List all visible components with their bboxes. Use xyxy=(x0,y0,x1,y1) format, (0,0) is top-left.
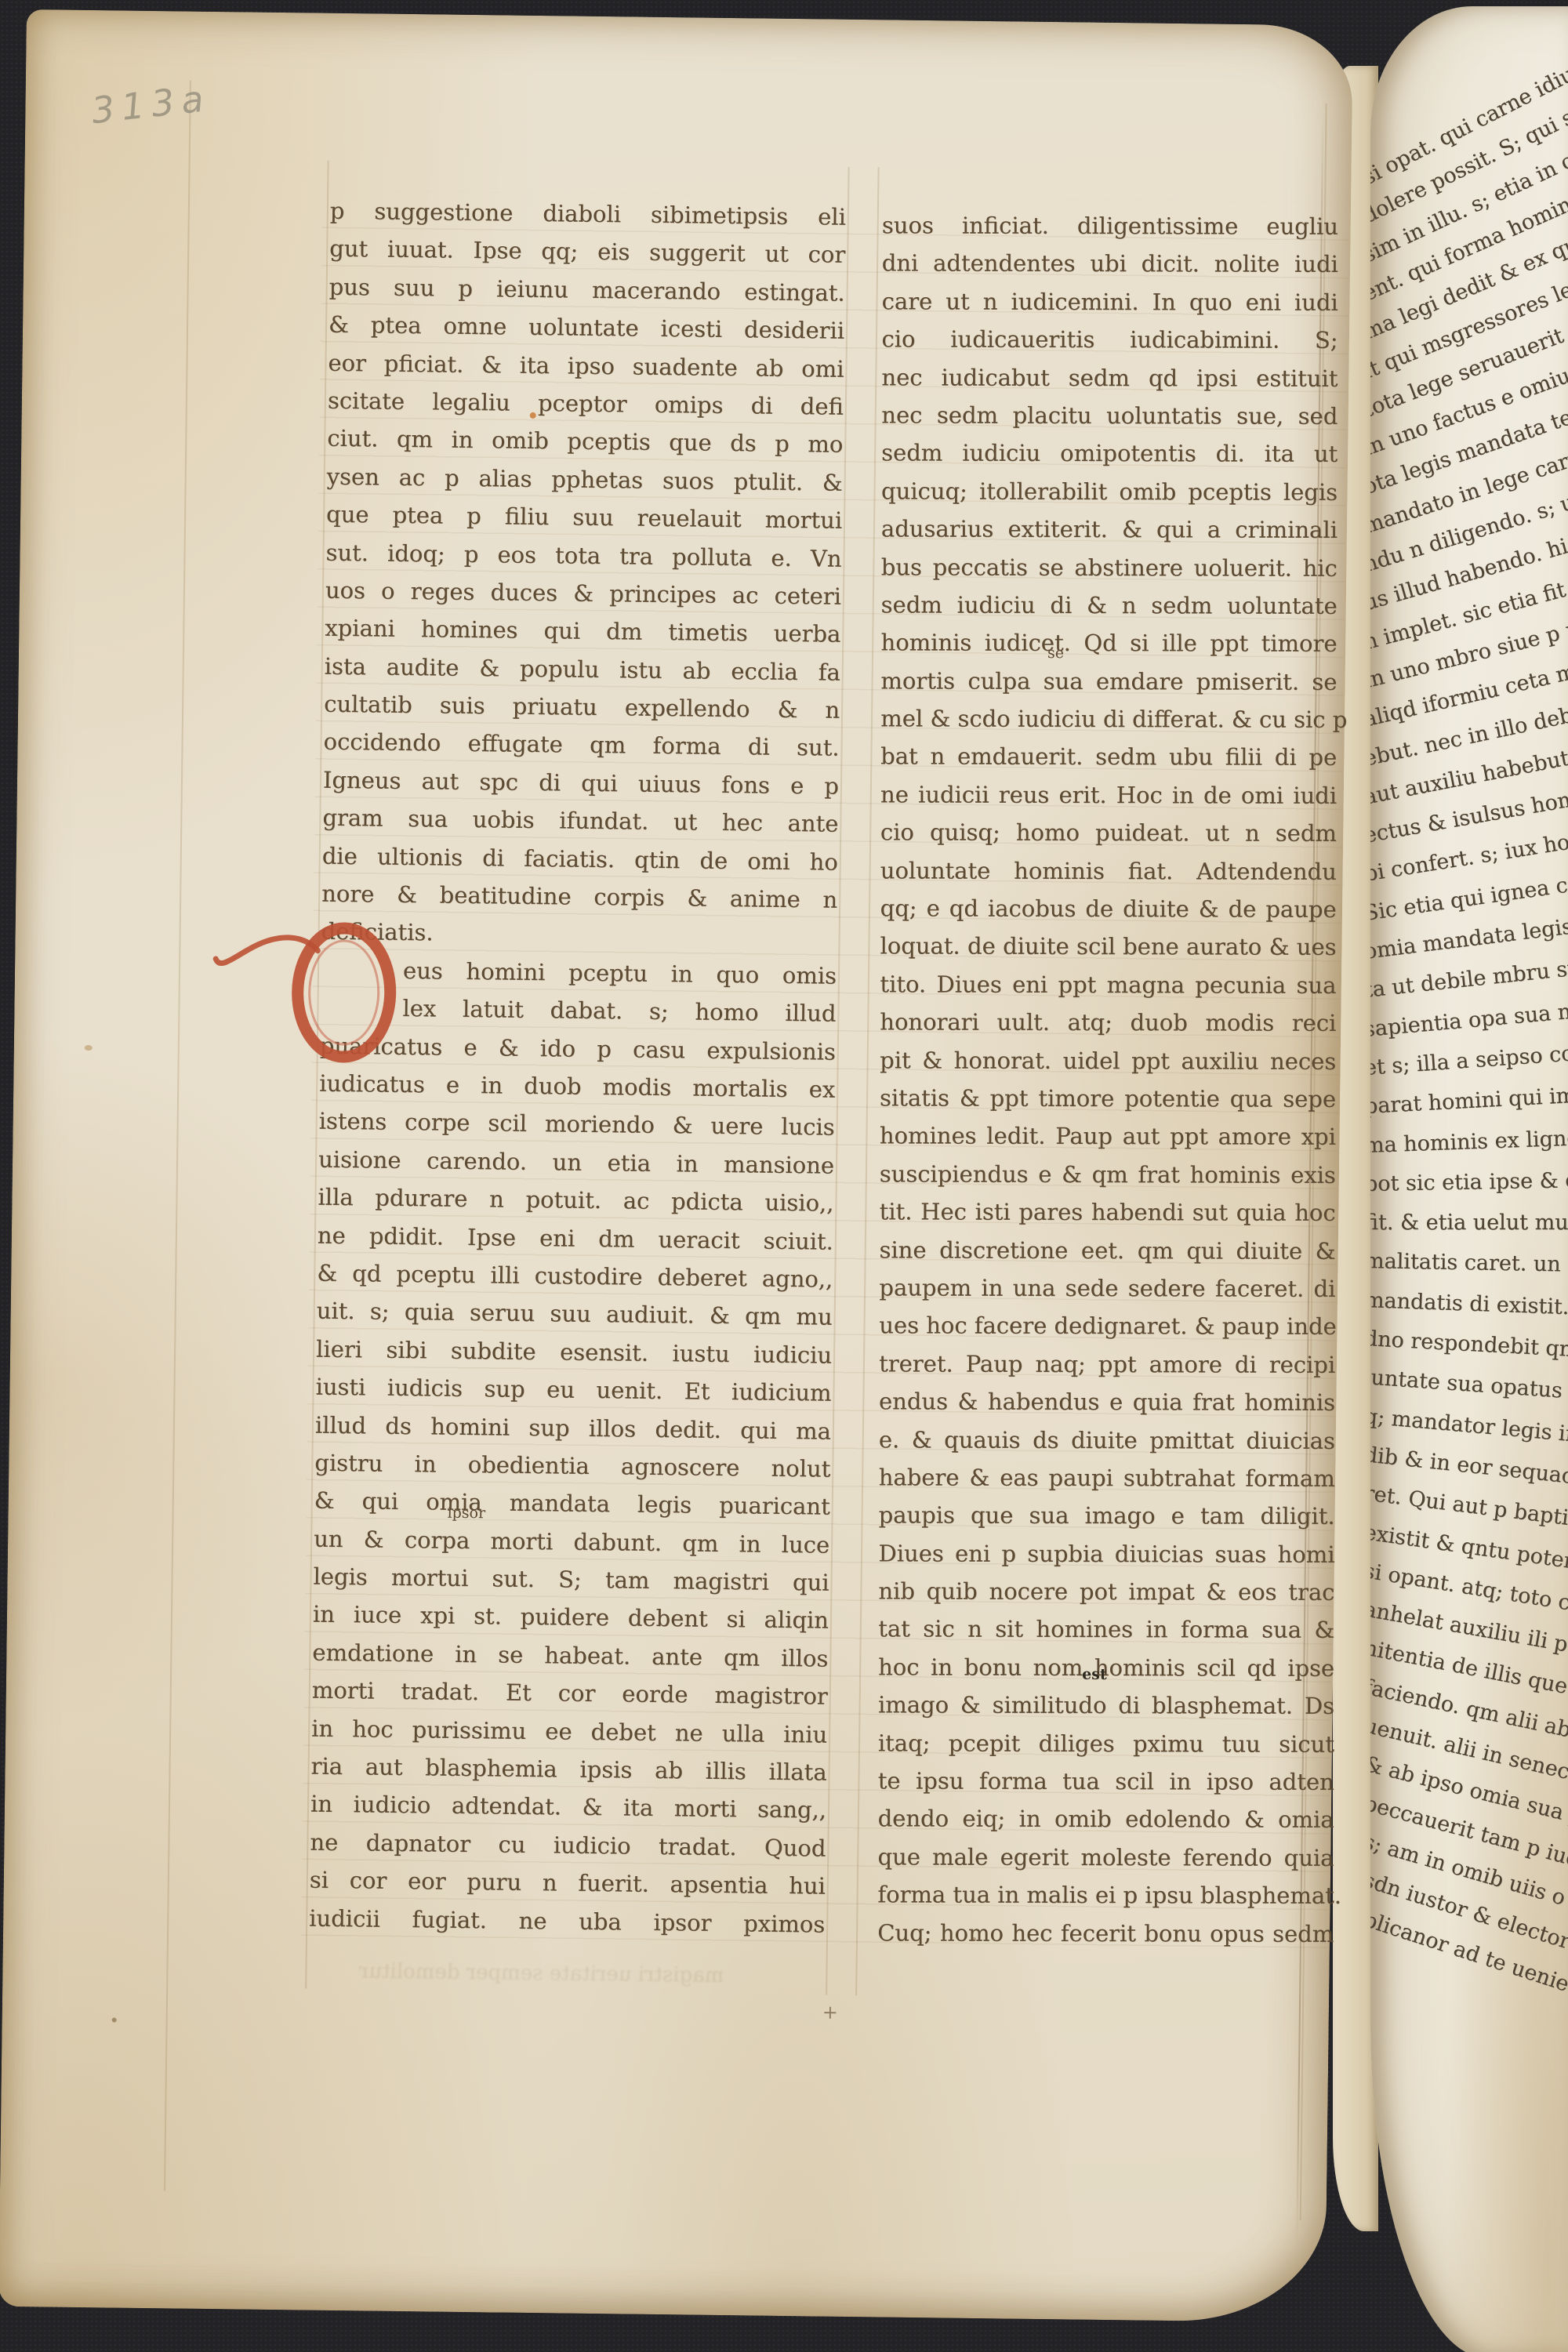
text-line: in iuce xpi st. puidere debent si aliqin xyxy=(313,1595,829,1639)
text-line: fit. & etia uelut mutus xyxy=(1370,1210,1568,1235)
text-line: morti tradat. Et cor eorde magistror xyxy=(312,1671,829,1715)
text-line: forma tua in malis ei p ipsu blasphemat. xyxy=(877,1876,1334,1915)
manuscript-photograph: si opat. qui carne idiut ut hodolere pos… xyxy=(0,0,1568,2352)
text-line: homines ledit. Paup aut ppt amore xpi xyxy=(880,1117,1336,1156)
text-line: scitate legaliu pceptor omips di defi xyxy=(328,382,844,426)
text-line: cio iudicaueritis iudicabimini. S; xyxy=(882,321,1338,360)
text-line: cultatib suis priuatu expellendo & n xyxy=(324,685,840,729)
text-line: nec sedm placitu uoluntatis sue, sed xyxy=(881,396,1338,435)
text-line: que male egerit moleste ferendo quia xyxy=(877,1838,1334,1877)
text-line: in iudicio adtendat. & ita morti sang,, xyxy=(310,1785,827,1829)
plus-mark: + xyxy=(822,2002,838,2024)
text-line: pit & honorat. uidel ppt auxiliu neces xyxy=(880,1041,1336,1080)
text-line: eus homini pceptu in quo omis xyxy=(403,952,837,995)
stain-speck xyxy=(972,1937,976,1941)
text-line: bat n emdauerit. sedm ubu filii di pe xyxy=(880,738,1337,777)
pencil-folio-number: 313a xyxy=(89,77,212,132)
text-line: malitatis caret. un & sic xyxy=(1370,1249,1568,1278)
text-line: sitatis & ppt timore potentie qua sepe xyxy=(880,1079,1336,1118)
interlinear-correction: est xyxy=(1082,1666,1107,1683)
text-line: mandatis di existit. & de xyxy=(1370,1288,1568,1322)
text-line: in hoc purissimu ee debet ne ulla iniu xyxy=(311,1709,828,1753)
text-line: treret. Paup naq; ppt amore di recipi xyxy=(879,1345,1335,1384)
text-line: ne dapnator cu iudicio tradat. Quod xyxy=(310,1823,826,1867)
text-line: qq; e qd iacobus de diuite & de paupe xyxy=(880,889,1337,928)
text-line: Cuq; homo hec fecerit bonu opus sedm xyxy=(877,1914,1334,1953)
text-line: mel & scdo iudiciu di differat. & cu sic… xyxy=(880,699,1337,739)
text-line: parat homini qui imag xyxy=(1370,1082,1568,1119)
text-line: nore & beatitudine corpis & anime n xyxy=(321,875,838,919)
text-line: sapientia opa sua n collig xyxy=(1370,993,1568,1041)
text-line: iusti iudicis sup eu uenit. Et iudicium xyxy=(315,1368,832,1412)
stain-speck xyxy=(112,2018,117,2023)
text-line: emdatione in se habeat. ante qm illos xyxy=(312,1633,829,1677)
text-line: hominis iudicet. Qd si ille ppt timore xyxy=(880,624,1337,663)
text-column-left: p suggestione diaboli sibimetipsis eligu… xyxy=(309,192,846,1944)
text-line: istens corpe scil moriendo & uere lucis xyxy=(318,1102,835,1146)
text-line: nec iudicabut sedm qd ipsi estituit xyxy=(881,358,1338,397)
text-line: luntate sua opatus e. Prei xyxy=(1370,1365,1568,1408)
text-line: xpiani homines qui dm timetis uerba xyxy=(325,609,841,653)
text-line: ues hoc facere dedignaret. & paup inde xyxy=(879,1307,1335,1346)
initial-letter: D xyxy=(299,932,389,1061)
text-line: ista audite & populu istu ab ecclia fa xyxy=(324,647,840,691)
interlinear-correction: ipsor xyxy=(447,1504,485,1523)
text-line: dno respondebit qm xyxy=(1370,1327,1568,1362)
text-line: uisione carendo. un etia in mansione xyxy=(318,1140,835,1184)
text-line: uoluntate hominis fiat. Adtendendu xyxy=(880,851,1337,891)
text-line: & qui omia mandata legis puaricant xyxy=(314,1482,830,1526)
show-through-text: magistri ueritate semper demolitur xyxy=(355,1959,724,1987)
text-line: dni adtendentes ubi dicit. nolite iudi xyxy=(882,245,1338,284)
text-line: care ut n iudicemini. In quo eni iudi xyxy=(882,282,1338,321)
text-line: tit. Hec isti pares habendi sut quia hoc xyxy=(880,1192,1336,1232)
text-line: illud ds homini sup illos dedit. qui ma xyxy=(315,1406,832,1450)
text-line: un & corpa morti dabunt. qm in luce xyxy=(314,1519,830,1563)
text-line: q; mandator legis in ethn xyxy=(1370,1404,1568,1452)
text-line: sut. idoq; p eos tota tra polluta e. Vn xyxy=(325,533,842,577)
text-line: ria aut blasphemia ipsis ab illis illata xyxy=(310,1748,827,1791)
text-line: gram sua uobis ifundat. ut hec ante xyxy=(322,799,839,843)
text-line: gistru in obedientia agnoscere nolut xyxy=(314,1444,831,1488)
next-page-text-column: si opat. qui carne idiut ut hodolere pos… xyxy=(1370,6,1568,2352)
text-line: que ptea p filiu suu reuelauit mortui xyxy=(326,495,843,539)
text-line: suos inficiat. diligentissime eugliu xyxy=(882,206,1338,245)
ruling-line xyxy=(164,81,191,2191)
manuscript-page: 313a p suggestione diaboli sibimetipsis … xyxy=(0,9,1353,2322)
text-line: paupem in una sede sedere faceret. di xyxy=(879,1269,1335,1308)
text-line: & qd pceptu illi custodire deberet agno,… xyxy=(317,1254,833,1298)
text-line: endus & habendus e quia frat hominis xyxy=(879,1382,1335,1421)
text-line: uit. s; quia seruu suu audiuit. & qm mu xyxy=(316,1292,833,1336)
text-line: ciut. qm in omib pceptis que ds p mo xyxy=(327,419,844,463)
text-line: & ptea omne uoluntate icesti desiderii xyxy=(328,306,845,350)
text-line: si cor eor puru n fuerit. apsentia hui xyxy=(310,1861,826,1905)
text-line: lex latuit dabat. s; homo illud xyxy=(402,989,837,1033)
text-line: Diues eni p supbia diuicias suas homi xyxy=(878,1534,1334,1573)
text-line: cio quisq; homo puideat. ut n sedm xyxy=(880,814,1337,853)
text-line: ne pdidit. Ipse eni dm ueracit sciuit. xyxy=(318,1216,834,1260)
text-line: loquat. de diuite scil bene aurato & ues xyxy=(880,927,1336,967)
text-line: eor pficiat. & ita ipso suadente ab omi xyxy=(328,343,844,387)
text-line: paupis que sua imago e tam diligit. xyxy=(879,1497,1335,1536)
text-line: suscipiendus e & qm frat hominis exis xyxy=(880,1155,1336,1194)
text-line: sine discretione eet. qm qui diuite & xyxy=(879,1231,1335,1270)
rubricated-initial-D: D xyxy=(212,915,409,1066)
text-line: mortis culpa sua emdare pmiserit. se xyxy=(880,662,1337,701)
text-line: p suggestione diaboli sibimetipsis eli xyxy=(330,192,847,236)
text-line: honorari uult. atq; duob modis reci xyxy=(880,1004,1336,1043)
text-line: illa pdurare n potuit. ac pdicta uisio,, xyxy=(318,1178,834,1222)
text-line: tito. Diues eni ppt magna pecunia sua xyxy=(880,965,1336,1004)
text-line: et s; illa a seipso connectit xyxy=(1370,1036,1568,1080)
text-line: quicuq; itollerabilit omib pceptis legis xyxy=(881,472,1338,511)
text-line: Igneus aut spc di qui uiuus fons e p xyxy=(323,761,840,805)
text-line: occidendo effugate qm forma di sut. xyxy=(323,723,840,767)
text-line: te ipsu forma tua scil in ipso adten xyxy=(878,1762,1334,1801)
text-line: itaq; pcepit diliges pximu tuu sicut xyxy=(878,1724,1334,1763)
text-line: pus suu p ieiunu macerando estingat. xyxy=(328,268,845,312)
text-line: pot sic etia ipse & opa su xyxy=(1370,1167,1568,1196)
text-line: uos o reges duces & principes ac ceteri xyxy=(325,572,842,615)
text-line: ne iudicii reus erit. Hoc in de omi iudi xyxy=(880,775,1337,815)
text-line: ysen ac p alias pphetas suos ptulit. & xyxy=(326,457,843,501)
text-line: ma hominis ex ligno faci xyxy=(1370,1124,1568,1158)
text-line: imago & similitudo di blasphemat. Ds xyxy=(878,1686,1334,1726)
stain-speck xyxy=(85,1045,93,1051)
text-line: lieri sibi subdite esensit. iustu iudici… xyxy=(316,1330,833,1374)
text-line: tat sic n sit homines in forma sua & xyxy=(878,1610,1334,1650)
text-line: gut iuuat. Ipse qq; eis suggerit ut cor xyxy=(329,230,846,274)
interlinear-correction: se xyxy=(1047,644,1064,662)
text-line: legis mortui sut. S; tam magistri qui xyxy=(313,1558,829,1602)
text-line: adusarius extiterit. & qui a criminali xyxy=(881,510,1338,549)
text-line: sedm iudiciu omipotentis di. ita ut xyxy=(881,434,1338,474)
text-line: nib quib nocere pot impat & eos trac xyxy=(878,1572,1334,1611)
text-line: e. & quauis ds diuite pmittat diuicias xyxy=(879,1421,1335,1460)
text-line: iudicatus e in duob modis mortalis ex xyxy=(319,1065,836,1109)
text-line: bus peccatis se abstinere uoluerit. hic xyxy=(881,548,1338,587)
next-page-curled-leaf: si opat. qui carne idiut ut hodolere pos… xyxy=(1370,6,1568,2352)
text-line: iudicii fugiat. ne uba ipsor pximos xyxy=(309,1899,826,1943)
text-line: habere & eas paupi subtrahat formam xyxy=(879,1458,1335,1497)
text-line: sedm iudiciu di & n sedm uoluntate xyxy=(881,586,1338,625)
text-line: dendo eiq; in omib edolendo & omia xyxy=(878,1800,1334,1839)
text-line: die ultionis di faciatis. qtin de omi ho xyxy=(322,837,839,880)
text-column-right: suos inficiat. diligentissime eugliudni … xyxy=(877,206,1338,1952)
stain-speck xyxy=(530,412,536,419)
